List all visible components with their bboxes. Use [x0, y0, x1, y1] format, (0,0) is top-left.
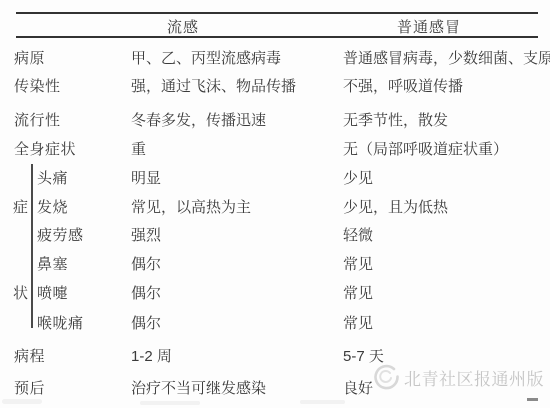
row-label: 病原 — [14, 47, 45, 68]
row-label: 预后 — [14, 377, 45, 398]
row-label: 全身症状 — [14, 138, 76, 159]
cold-value: 常见 — [343, 312, 373, 333]
cold-value: 轻微 — [343, 224, 373, 245]
row-label: 喉咙痛 — [37, 312, 84, 333]
row-fever: 发烧 常见，以高热为主 少见，且为低热 — [0, 196, 550, 212]
cold-value: 常见 — [343, 253, 373, 274]
scan-artifact-dash — [527, 398, 538, 401]
row-headache: 头痛 明显 少见 — [0, 167, 550, 183]
table-top-rule — [16, 12, 538, 14]
row-label: 疲劳感 — [37, 224, 84, 245]
symptom-group-bracket — [31, 164, 33, 328]
flu-value: 治疗不当可继发感染 — [131, 377, 266, 398]
flu-value: 重 — [131, 138, 146, 159]
row-systemic-symptoms: 全身症状 重 无（局部呼吸道症状重） — [0, 138, 550, 154]
column-header-common-cold: 普通感冒 — [397, 16, 461, 37]
flu-value: 强烈 — [131, 224, 161, 245]
row-label: 喷嚏 — [37, 282, 68, 303]
row-sore-throat: 喉咙痛 偶尔 常见 — [0, 312, 550, 328]
row-nasal-congestion: 鼻塞 偶尔 常见 — [0, 253, 550, 269]
flu-value: 偶尔 — [131, 312, 161, 333]
flu-value: 偶尔 — [131, 253, 161, 274]
row-epidemicity: 流行性 冬春多发，传播迅速 无季节性，散发 — [0, 109, 550, 125]
row-label: 发烧 — [37, 196, 68, 217]
flu-value: 明显 — [131, 167, 161, 188]
row-prognosis: 预后 治疗不当可继发感染 良好 — [0, 377, 550, 393]
row-label: 传染性 — [14, 75, 61, 96]
cold-value: 少见，且为低热 — [343, 196, 448, 217]
table-header-rule — [16, 36, 538, 38]
symptom-group-char-bottom: 状 — [13, 282, 28, 303]
flu-value: 偶尔 — [131, 282, 161, 303]
cold-value: 少见 — [343, 167, 373, 188]
flu-vs-cold-comparison-table: 流感 普通感冒 病原 甲、乙、丙型流感病毒 普通感冒病毒，少数细菌、支原体 传染… — [0, 0, 550, 408]
cold-value: 普通感冒病毒，少数细菌、支原体 — [343, 47, 550, 68]
flu-value: 常见，以高热为主 — [131, 196, 251, 217]
row-disease-course: 病程 1-2 周 5-7 天 — [0, 345, 550, 361]
scan-artifact — [300, 400, 345, 404]
cold-value: 良好 — [343, 377, 373, 398]
flu-value: 强，通过飞沫、物品传播 — [131, 75, 296, 96]
scan-artifact — [140, 401, 200, 405]
cold-value: 无（局部呼吸道症状重） — [343, 138, 508, 159]
symptom-group-char-top: 症 — [13, 196, 28, 217]
scan-artifact — [2, 399, 42, 404]
cold-value: 5-7 天 — [343, 345, 384, 366]
row-label: 病程 — [14, 345, 45, 366]
cold-value: 无季节性，散发 — [343, 109, 448, 130]
flu-value: 冬春多发，传播迅速 — [131, 109, 266, 130]
row-label: 头痛 — [37, 167, 68, 188]
row-label: 鼻塞 — [37, 253, 68, 274]
row-pathogen: 病原 甲、乙、丙型流感病毒 普通感冒病毒，少数细菌、支原体 — [0, 47, 550, 63]
flu-value: 1-2 周 — [131, 345, 172, 366]
column-header-flu: 流感 — [167, 16, 199, 37]
row-fatigue: 疲劳感 强烈 轻微 — [0, 224, 550, 240]
row-sneezing: 喷嚏 偶尔 常见 — [0, 282, 550, 298]
cold-value: 常见 — [343, 282, 373, 303]
cold-value: 不强，呼吸道传播 — [343, 75, 463, 96]
row-label: 流行性 — [14, 109, 61, 130]
flu-value: 甲、乙、丙型流感病毒 — [131, 47, 281, 68]
row-infectivity: 传染性 强，通过飞沫、物品传播 不强，呼吸道传播 — [0, 75, 550, 91]
